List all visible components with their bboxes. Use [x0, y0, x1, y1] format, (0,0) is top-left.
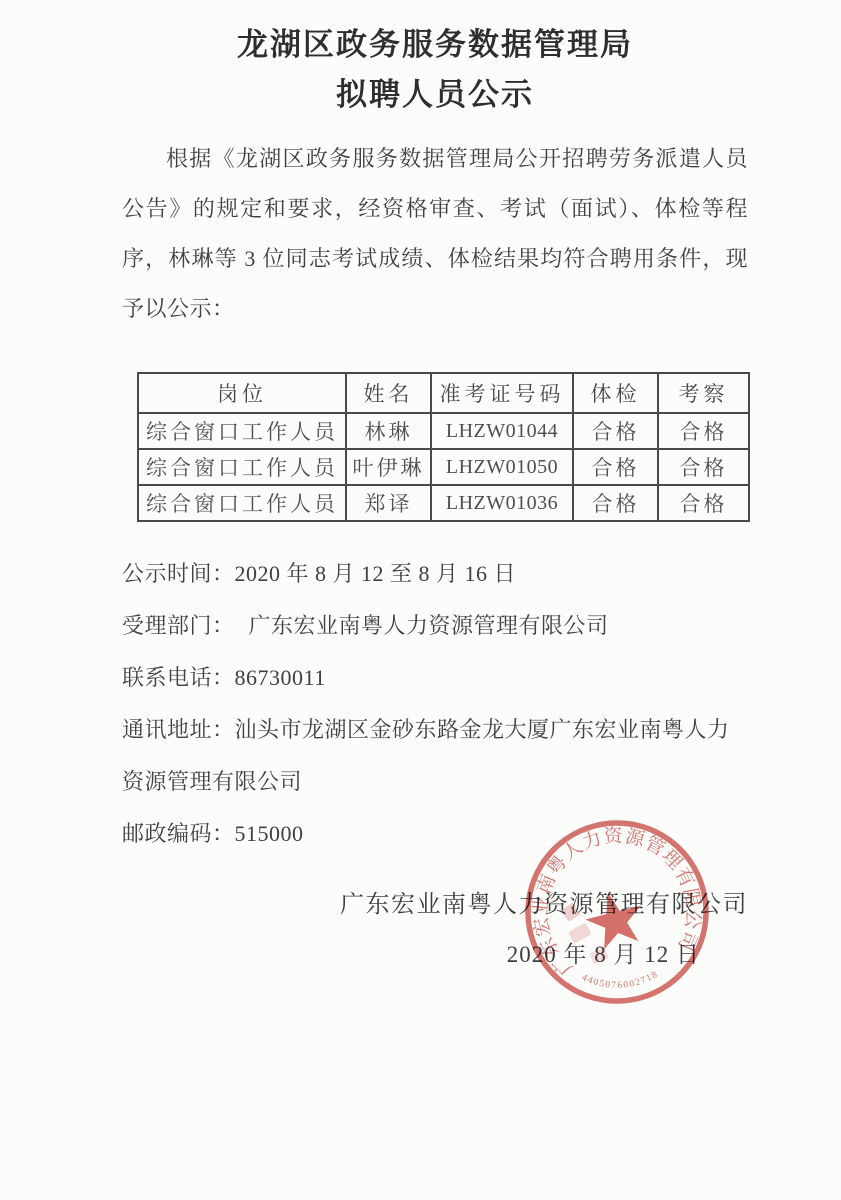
- title-line-2: 拟聘人员公示: [122, 70, 748, 120]
- table-header-row: 岗位 姓名 准考证号码 体检 考察: [138, 373, 749, 413]
- publicity-period-line: 公示时间：2020 年 8 月 12 至 8 月 16 日: [122, 548, 748, 600]
- cell-physical: 合格: [573, 449, 658, 485]
- cell-review: 合格: [658, 413, 749, 449]
- col-header-position: 岗位: [138, 373, 346, 413]
- cell-exam-id: LHZW01044: [431, 413, 573, 449]
- phone-label: 联系电话：: [122, 665, 235, 690]
- col-header-exam-id: 准考证号码: [431, 373, 573, 413]
- cell-physical: 合格: [573, 413, 658, 449]
- body-paragraph: 根据《龙湖区政务服务数据管理局公开招聘劳务派遣人员公告》的规定和要求，经资格审查…: [122, 134, 748, 334]
- cell-exam-id: LHZW01050: [431, 449, 573, 485]
- postal-code-value: 515000: [235, 821, 304, 846]
- signature-date: 2020 年 8 月 12 日: [507, 936, 700, 969]
- document-title: 龙湖区政务服务数据管理局 拟聘人员公示: [122, 0, 748, 120]
- title-line-1: 龙湖区政务服务数据管理局: [122, 20, 748, 70]
- contact-info-block: 公示时间：2020 年 8 月 12 至 8 月 16 日 受理部门：广东宏业南…: [122, 548, 748, 860]
- table-row: 综合窗口工作人员 郑译 LHZW01036 合格 合格: [138, 485, 749, 521]
- signature-company: 广东宏业南粤人力资源管理有限公司: [340, 884, 748, 919]
- address-label: 通讯地址：: [122, 717, 235, 742]
- cell-physical: 合格: [573, 485, 658, 521]
- col-header-name: 姓名: [346, 373, 431, 413]
- accepting-department-value: 广东宏业南粤人力资源管理有限公司: [249, 613, 609, 638]
- cell-name: 叶伊琳: [346, 449, 431, 485]
- document-content: 龙湖区政务服务数据管理局 拟聘人员公示 根据《龙湖区政务服务数据管理局公开招聘劳…: [122, 0, 748, 860]
- cell-position: 综合窗口工作人员: [138, 413, 346, 449]
- col-header-physical: 体检: [573, 373, 658, 413]
- table-row: 综合窗口工作人员 林琳 LHZW01044 合格 合格: [138, 413, 749, 449]
- cell-position: 综合窗口工作人员: [138, 485, 346, 521]
- cell-review: 合格: [658, 485, 749, 521]
- postal-code-label: 邮政编码：: [122, 821, 235, 846]
- publicity-period-value: 2020 年 8 月 12 至 8 月 16 日: [235, 561, 517, 586]
- cell-name: 郑译: [346, 485, 431, 521]
- address-line: 通讯地址：汕头市龙湖区金砂东路金龙大厦广东宏业南粤人力资源管理有限公司: [122, 704, 748, 808]
- phone-line: 联系电话：86730011: [122, 652, 748, 704]
- accepting-department-label: 受理部门：: [122, 613, 235, 638]
- publicity-period-label: 公示时间：: [122, 561, 235, 586]
- cell-name: 林琳: [346, 413, 431, 449]
- phone-value: 86730011: [235, 665, 326, 690]
- candidates-table: 岗位 姓名 准考证号码 体检 考察 综合窗口工作人员 林琳 LHZW01044 …: [137, 372, 750, 522]
- col-header-review: 考察: [658, 373, 749, 413]
- cell-exam-id: LHZW01036: [431, 485, 573, 521]
- accepting-department-line: 受理部门：广东宏业南粤人力资源管理有限公司: [122, 600, 748, 652]
- scanned-document-page: 龙湖区政务服务数据管理局 拟聘人员公示 根据《龙湖区政务服务数据管理局公开招聘劳…: [0, 0, 841, 1200]
- cell-position: 综合窗口工作人员: [138, 449, 346, 485]
- table-row: 综合窗口工作人员 叶伊琳 LHZW01050 合格 合格: [138, 449, 749, 485]
- postal-code-line: 邮政编码：515000: [122, 808, 748, 860]
- cell-review: 合格: [658, 449, 749, 485]
